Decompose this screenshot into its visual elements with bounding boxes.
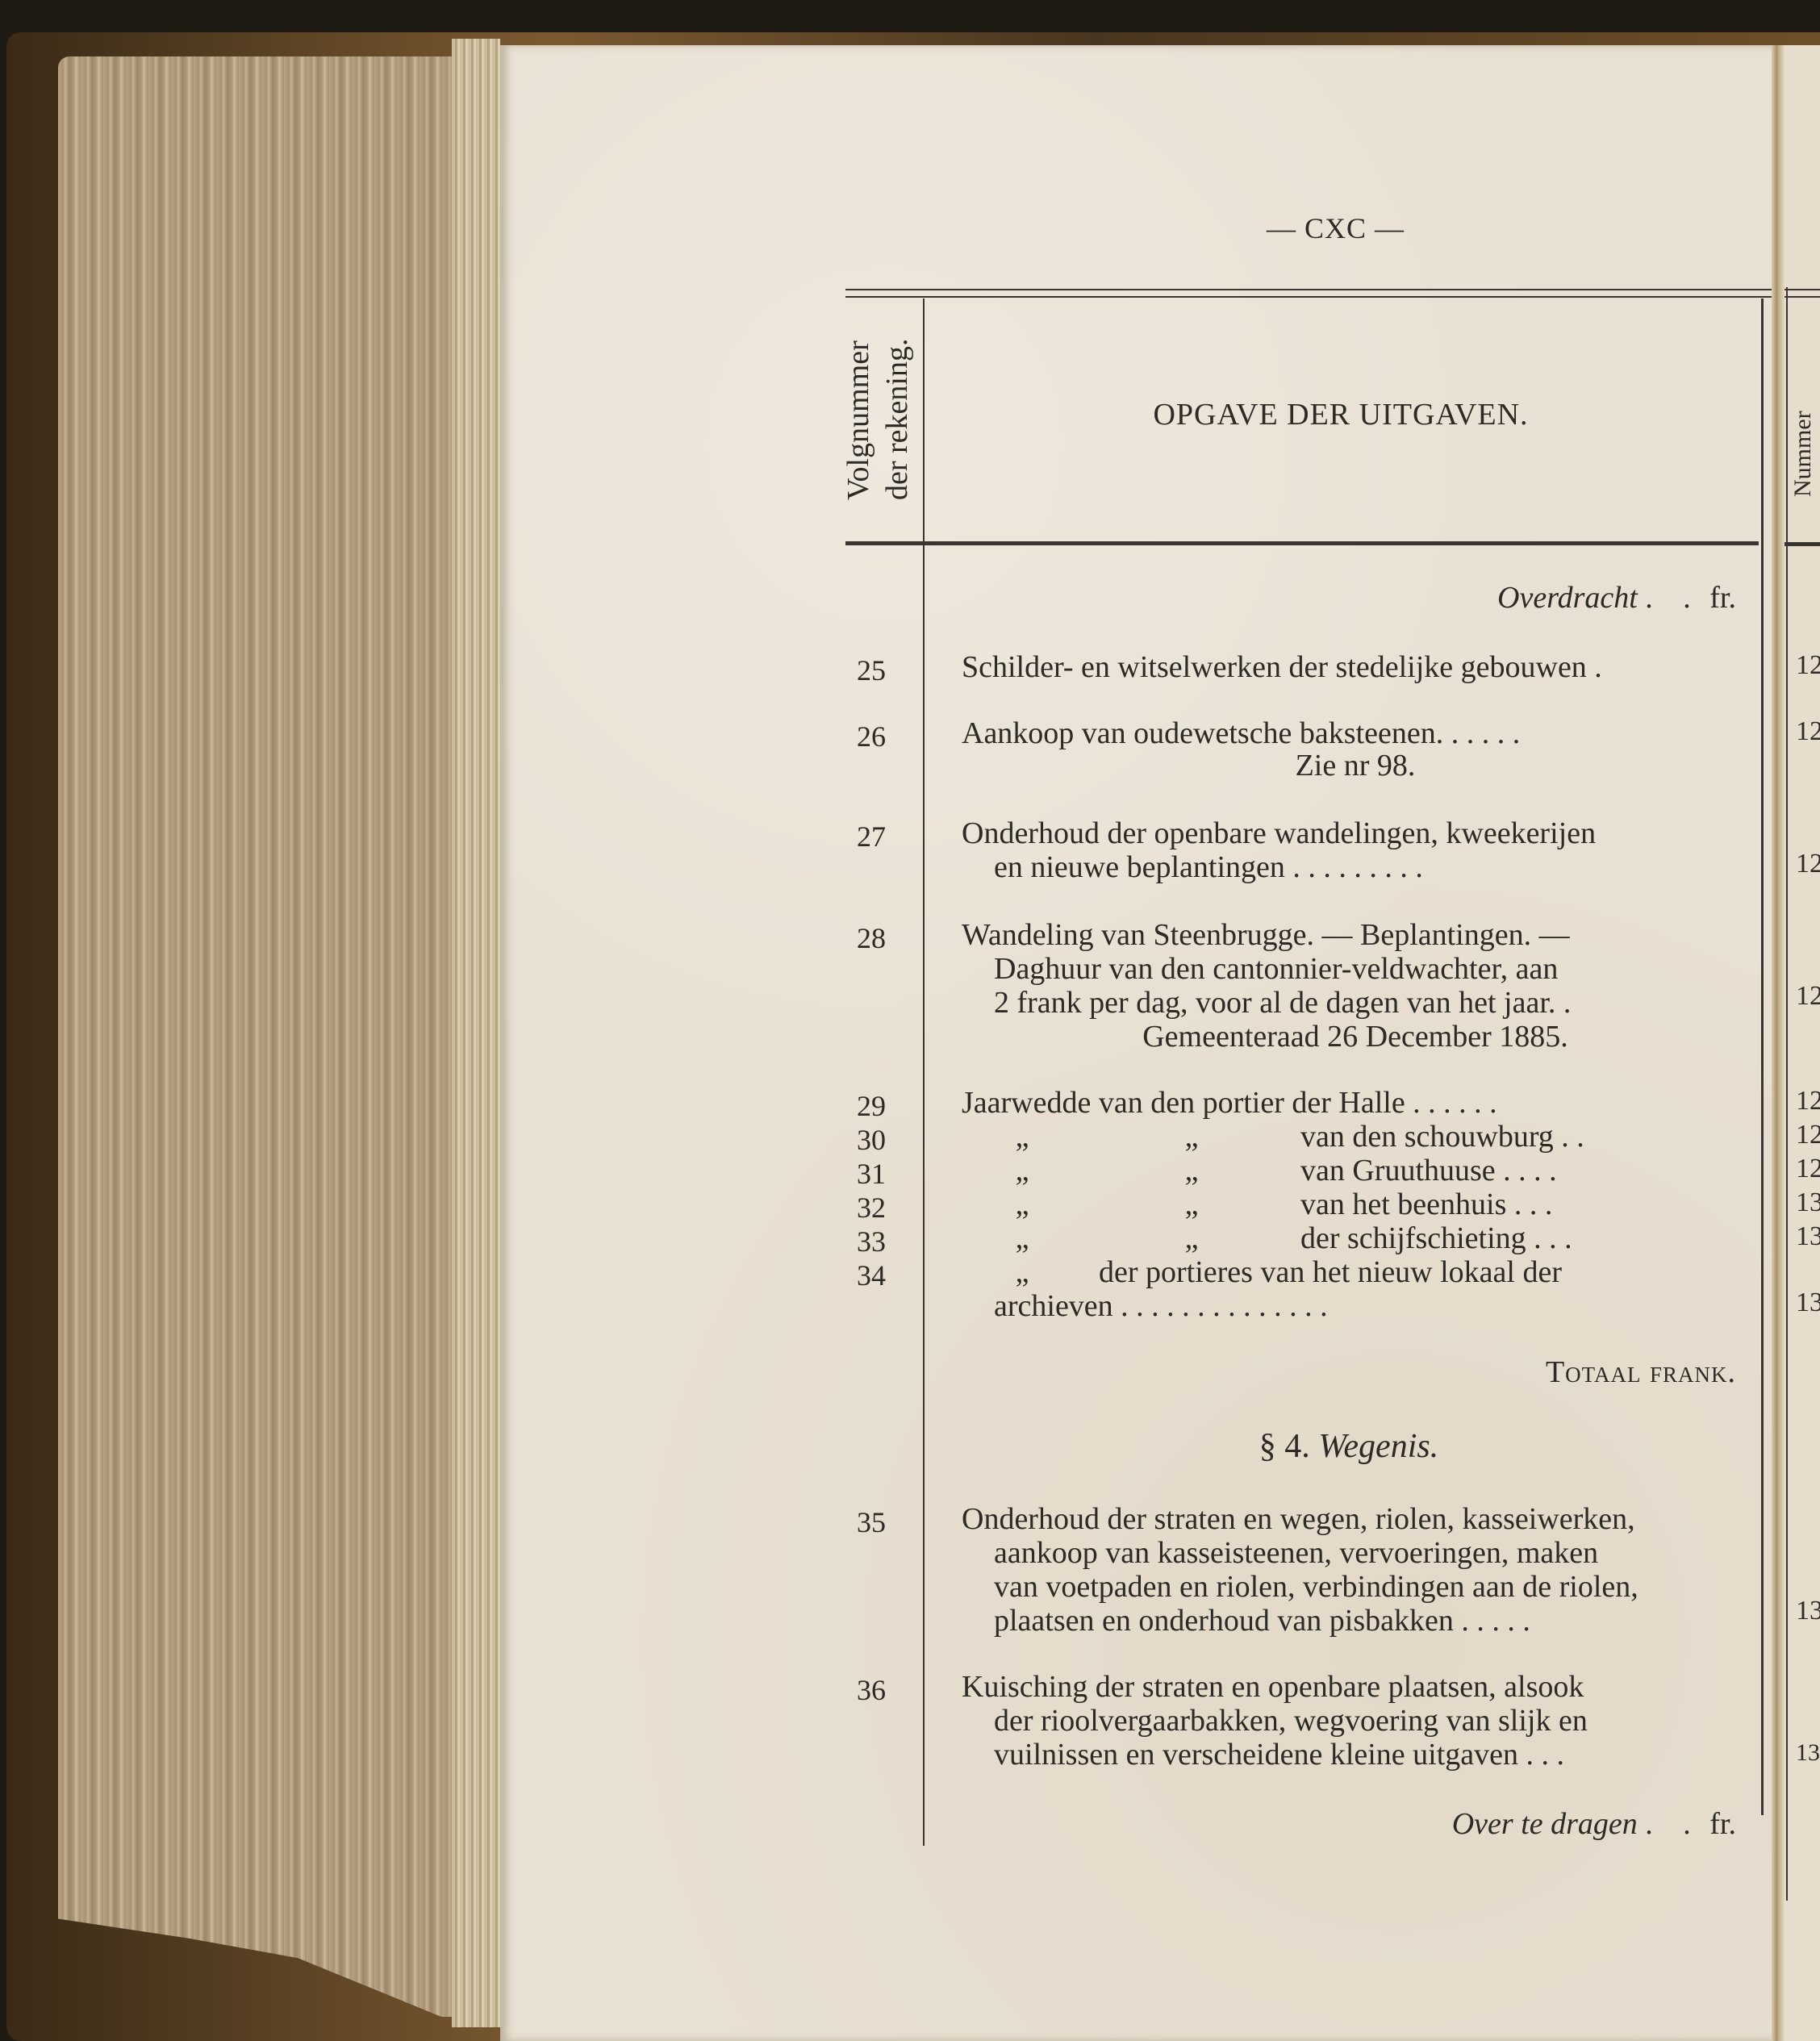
ditto-mark: „ xyxy=(1131,1187,1252,1221)
row-description-cont: en nieuwe beplantingen . . . . . . . . . xyxy=(994,850,1736,884)
ditto-mark: „ xyxy=(962,1221,1083,1255)
ditto-mark: „ xyxy=(1131,1120,1252,1154)
row-number: 29 xyxy=(839,1089,904,1123)
row-number: 36 xyxy=(839,1673,904,1707)
column-divider xyxy=(923,298,925,1846)
facing-page-fragment: Nummer 12 12 12 12 12 12 12 13 13 13 13 … xyxy=(1785,45,1820,2041)
row-description: Jaarwedde van den portier der Halle . . … xyxy=(962,1086,1736,1120)
row-number: 25 xyxy=(839,653,904,687)
page-number: — CXC — xyxy=(1267,211,1405,245)
row-description-cont: plaatsen en onderhoud van pisbakken . . … xyxy=(994,1604,1736,1638)
row-description: „„der schijfschieting . . . xyxy=(962,1221,1736,1255)
table-right-border xyxy=(1761,298,1764,1815)
row-number: 34 xyxy=(839,1258,904,1292)
subtotal-label: Totaal frank. xyxy=(962,1355,1736,1389)
ditto-mark: „ xyxy=(1131,1154,1252,1187)
page-stack-inner-edge xyxy=(452,39,500,2027)
row-description: Onderhoud der straten en wegen, riolen, … xyxy=(962,1502,1736,1536)
section-heading: § 4. Wegenis. xyxy=(962,1430,1736,1463)
book-gutter xyxy=(1772,45,1785,2041)
row-description-cont: aankoop van kasseisteenen, vervoeringen,… xyxy=(994,1536,1736,1570)
row-description-cont: archieven . . . . . . . . . . . . . . xyxy=(994,1289,1736,1323)
facing-header-fragment: Nummer xyxy=(1789,411,1817,497)
row-description-cont: vuilnissen en verscheidene kleine uitgav… xyxy=(994,1738,1736,1772)
row-description: „„van Gruuthuuse . . . . xyxy=(962,1154,1736,1187)
row-number: 35 xyxy=(839,1505,904,1539)
header-bottom-rule xyxy=(845,541,1759,545)
header-double-rule-bottom xyxy=(845,296,1772,298)
column-header-volgnummer: Volgnummer der rekening. xyxy=(839,339,916,500)
row-description-cont: van voetpaden en riolen, verbindingen aa… xyxy=(994,1570,1736,1604)
ditto-mark: „ xyxy=(1131,1221,1252,1255)
ditto-mark: „ xyxy=(962,1154,1083,1187)
ditto-mark: „ xyxy=(962,1187,1083,1221)
carry-out-row: Over te dragen . . fr. xyxy=(962,1807,1736,1841)
header-double-rule-top xyxy=(845,289,1772,290)
carry-in-row: Overdracht . . fr. xyxy=(962,581,1736,615)
row-number: 30 xyxy=(839,1123,904,1157)
row-description: Onderhoud der openbare wandelingen, kwee… xyxy=(962,816,1736,850)
row-number: 32 xyxy=(839,1191,904,1225)
row-number: 27 xyxy=(839,820,904,854)
row-description: Wandeling van Steenbrugge. — Beplantinge… xyxy=(962,918,1736,952)
row-description-cont: 2 frank per dag, voor al de dagen van he… xyxy=(994,986,1736,1020)
row-description: „der portieres van het nieuw lokaal der xyxy=(962,1255,1736,1289)
row-description: Schilder- en witselwerken der stedelijke… xyxy=(962,650,1736,684)
row-description-cont: der rioolvergaarbakken, wegvoering van s… xyxy=(994,1704,1736,1738)
ditto-mark: „ xyxy=(962,1255,1083,1289)
row-description: „„van het beenhuis . . . xyxy=(962,1187,1736,1221)
row-note: Zie nr 98. xyxy=(1049,749,1662,783)
ditto-mark: „ xyxy=(962,1120,1083,1154)
row-description: Kuisching der straten en openbare plaats… xyxy=(962,1670,1736,1704)
row-description-cont: Daghuur van den cantonnier-veldwachter, … xyxy=(994,952,1736,986)
row-description: Aankoop van oudewetsche baksteenen. . . … xyxy=(962,716,1736,750)
row-number: 28 xyxy=(839,921,904,955)
row-note: Gemeenteraad 26 December 1885. xyxy=(1016,1020,1694,1054)
row-number: 26 xyxy=(839,720,904,753)
table-title: OPGAVE DER UITGAVEN. xyxy=(921,397,1760,432)
row-description: „„van den schouwburg . . xyxy=(962,1120,1736,1154)
row-number: 33 xyxy=(839,1225,904,1258)
page-stack-edge xyxy=(58,56,494,2017)
row-number: 31 xyxy=(839,1157,904,1191)
